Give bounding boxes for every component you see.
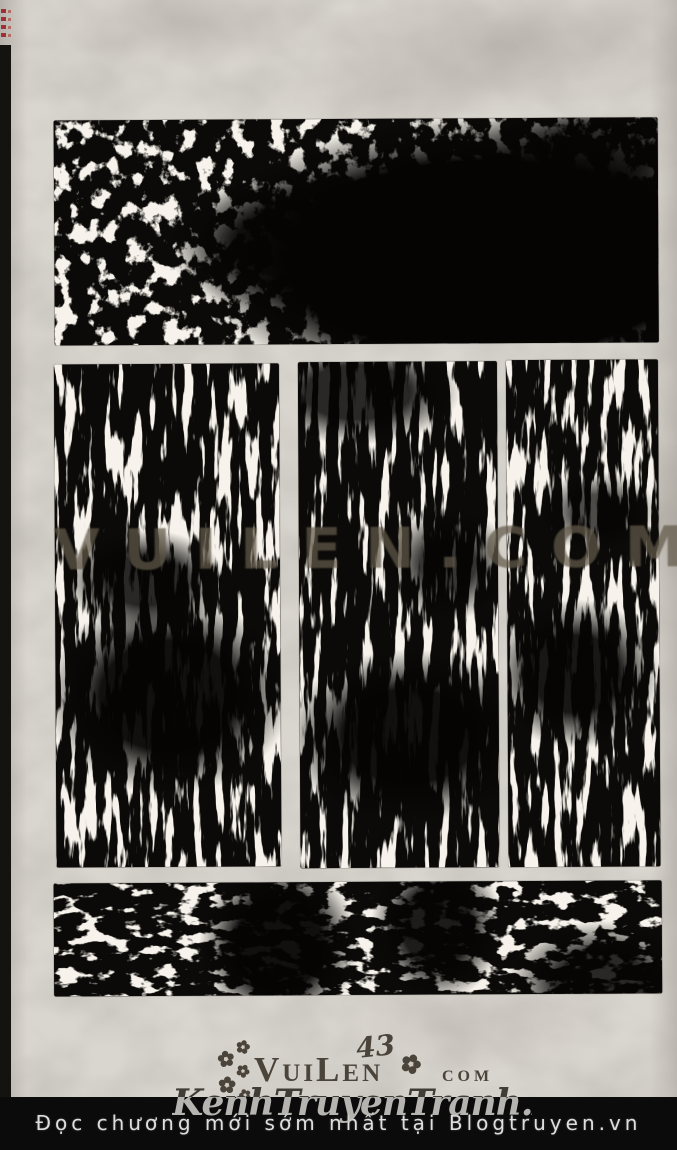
panel-middle-right [506,359,661,867]
promo-bar-text: Đọc chương mới sớm nhất tại Blogtruyen.v… [0,1097,677,1150]
panel-bottom [54,880,663,996]
manga-reader-image: VuiLen.Com VuiLen 43 COM Đọc chương mới … [0,0,677,1150]
panel-shade [54,363,282,867]
scan-edge-strip [0,45,11,1097]
comic-art-layer: VuiLen.Com [0,0,677,1150]
panel-shade [54,880,663,996]
vuilen-logo-tld: COM [442,1068,493,1086]
red-marker-icon [1,9,11,37]
vuilen-logo: VuiLen 43 COM [210,1030,510,1102]
panel-shade [506,359,661,867]
vuilen-center-watermark: VuiLen.Com [54,520,677,579]
flower-icon [398,1050,424,1080]
panel-middle-left [54,363,282,867]
panel-shade [54,117,659,345]
panel-middle-center [298,361,500,868]
panel-shade [298,361,500,868]
promo-bar: Đọc chương mới sớm nhất tại Blogtruyen.v… [0,1097,677,1150]
page-number: 43 [354,1028,396,1065]
panel-top [54,117,659,345]
